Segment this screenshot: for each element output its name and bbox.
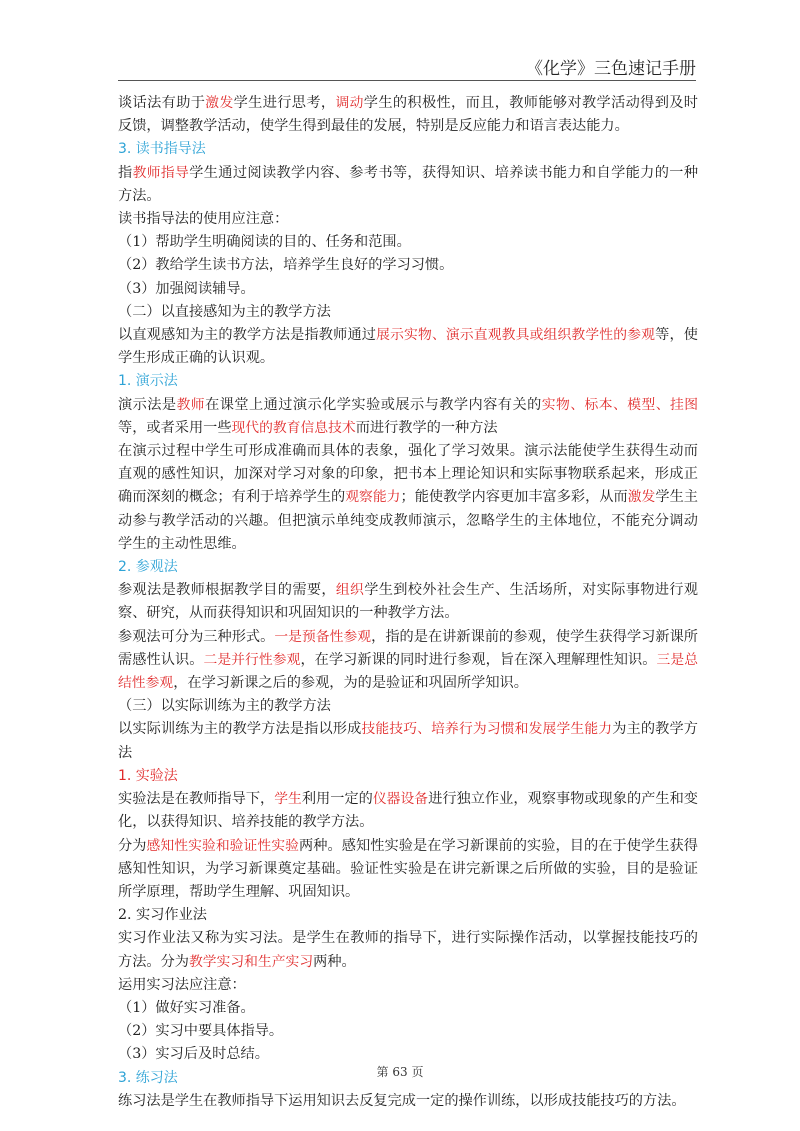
text-segment: （2）教给学生读书方法，培养学生良好的学习习惯。	[118, 257, 453, 273]
paragraph: 参观法可分为三种形式。一是预备性参观，指的是在讲新课前的参观，使学生获得学习新课…	[118, 626, 698, 696]
paragraph: （二）以直接感知为主的教学方法	[118, 301, 698, 324]
highlighted-term: 感知性实验和验证性实验	[147, 838, 299, 854]
paragraph: （2）实习中要具体指导。	[118, 1020, 698, 1043]
text-segment: ，在学习新课之后的参观，为的是验证和巩固所学知识。	[173, 675, 528, 691]
paragraph: 演示法是教师在课堂上通过演示化学实验或展示与教学内容有关的实物、标本、模型、挂图…	[118, 394, 698, 440]
text-segment: （3）加强阅读辅导。	[118, 281, 255, 297]
paragraph: （1）帮助学生明确阅读的目的、任务和范围。	[118, 231, 698, 254]
paragraph: 指教师指导学生通过阅读教学内容、参考书等，获得知识、培养读书能力和自学能力的一种…	[118, 162, 698, 208]
highlighted-term: 教师	[177, 397, 206, 413]
text-segment: 读书指导法的使用应注意：	[118, 211, 288, 227]
section-heading: 3. 读书指导法	[118, 138, 698, 161]
text-segment: 等，或者采用一些	[118, 420, 232, 436]
highlighted-term: 仪器设备	[373, 791, 428, 807]
section-heading: 1. 实验法	[118, 765, 698, 788]
text-segment: 两种。	[313, 954, 356, 970]
paragraph: 实验法是在教师指导下，学生利用一定的仪器设备进行独立作业，观察事物或现象的产生和…	[118, 788, 698, 834]
text-segment: （2）实习中要具体指导。	[118, 1023, 283, 1039]
paragraph: 运用实习法应注意：	[118, 974, 698, 997]
highlighted-term: 展示实物、演示直观教具或组织教学性的参观	[376, 327, 655, 343]
highlighted-term: 组织	[336, 582, 364, 598]
text-segment: 学生进行思考，	[234, 95, 336, 111]
paragraph: 以直观感知为主的教学方法是指教师通过展示实物、演示直观教具或组织教学性的参观等，…	[118, 324, 698, 370]
text-segment: 以直观感知为主的教学方法是指教师通过	[118, 327, 376, 343]
text-segment: 实验法是在教师指导下，	[118, 791, 274, 807]
highlighted-term: 调动	[335, 95, 363, 111]
paragraph: （3）加强阅读辅导。	[118, 278, 698, 301]
highlighted-term: 观察能力	[345, 489, 400, 505]
highlighted-term: 教师指导	[133, 165, 190, 181]
text-segment: 参观法可分为三种形式。	[118, 629, 274, 645]
text-segment: 运用实习法应注意：	[118, 977, 246, 993]
highlighted-term: 学生	[274, 791, 302, 807]
page-number: 第 63 页	[0, 1063, 800, 1080]
text-segment: 以实际训练为主的教学方法是指以形成	[118, 721, 361, 737]
text-segment: （1）做好实习准备。	[118, 1000, 255, 1016]
text-segment: ，在学习新课的同时进行参观，旨在深入理解理性知识。	[300, 652, 656, 668]
paragraph: （2）教给学生读书方法，培养学生良好的学习习惯。	[118, 254, 698, 277]
paragraph: （三）以实际训练为主的教学方法	[118, 695, 698, 718]
text-segment: （二）以直接感知为主的教学方法	[118, 304, 331, 320]
paragraph: 参观法是教师根据教学目的需要，组织学生到校外社会生产、生活场所，对实际事物进行观…	[118, 579, 698, 625]
text-segment: 分为	[118, 838, 147, 854]
paragraph: 以实际训练为主的教学方法是指以形成技能技巧、培养行为习惯和发展学生能力为主的教学…	[118, 718, 698, 764]
text-segment: 参观法是教师根据教学目的需要，	[118, 582, 336, 598]
paragraph: 读书指导法的使用应注意：	[118, 208, 698, 231]
highlighted-term: 激发	[628, 489, 656, 505]
text-segment: 谈话法有助于	[118, 95, 205, 111]
highlighted-term: 实物、标本、模型、挂图	[542, 397, 698, 413]
text-segment: ；能使教学内容更加丰富多彩，从而	[401, 489, 628, 505]
text-segment: 指	[118, 165, 133, 181]
text-segment: 学生通过阅读教学内容、参考书等，获得知识、培养读书能力和自学能力的一种方法。	[118, 165, 698, 204]
highlighted-term: 激发	[205, 95, 233, 111]
section-heading: 2. 参观法	[118, 556, 698, 579]
text-segment: （3）实习后及时总结。	[118, 1046, 269, 1062]
book-title: 《化学》三色速记手册	[526, 54, 696, 79]
section-heading: 2. 实习作业法	[118, 904, 698, 927]
highlighted-term: 二是并行性参观	[203, 652, 300, 668]
paragraph: 在演示过程中学生可形成准确而具体的表象，强化了学习效果。演示法能使学生获得生动而…	[118, 440, 698, 556]
text-segment: 练习法是学生在教师指导下运用知识去反复完成一定的操作训练，以形成技能技巧的方法。	[118, 1093, 686, 1109]
section-heading: 1. 演示法	[118, 370, 698, 393]
text-segment: 利用一定的	[302, 791, 373, 807]
highlighted-term: 教学实习和生产实习	[189, 954, 313, 970]
paragraph: 分为感知性实验和验证性实验两种。感知性实验是在学习新课前的实验，目的在于使学生获…	[118, 835, 698, 905]
highlighted-term: 技能技巧、培养行为习惯和发展学生能力	[361, 721, 612, 737]
paragraph: （1）做好实习准备。	[118, 997, 698, 1020]
text-segment: （1）帮助学生明确阅读的目的、任务和范围。	[118, 234, 411, 250]
paragraph: 实习作业法又称为实习法。是学生在教师的指导下，进行实际操作活动，以掌握技能技巧的…	[118, 927, 698, 973]
text-segment: 演示法是	[118, 397, 177, 413]
highlighted-term: 一是预备性参观	[274, 629, 371, 645]
page-header: 《化学》三色速记手册	[118, 52, 696, 81]
highlighted-term: 现代的教育信息技术	[232, 420, 356, 436]
paragraph: 谈话法有助于激发学生进行思考，调动学生的积极性，而且，教师能够对教学活动得到及时…	[118, 92, 698, 138]
document-body: 谈话法有助于激发学生进行思考，调动学生的积极性，而且，教师能够对教学活动得到及时…	[118, 92, 698, 1113]
text-segment: 在课堂上通过演示化学实验或展示与教学内容有关的	[205, 397, 542, 413]
text-segment: 而进行教学的一种方法	[356, 420, 498, 436]
paragraph: 练习法是学生在教师指导下运用知识去反复完成一定的操作训练，以形成技能技巧的方法。	[118, 1090, 698, 1113]
text-segment: （三）以实际训练为主的教学方法	[118, 698, 331, 714]
